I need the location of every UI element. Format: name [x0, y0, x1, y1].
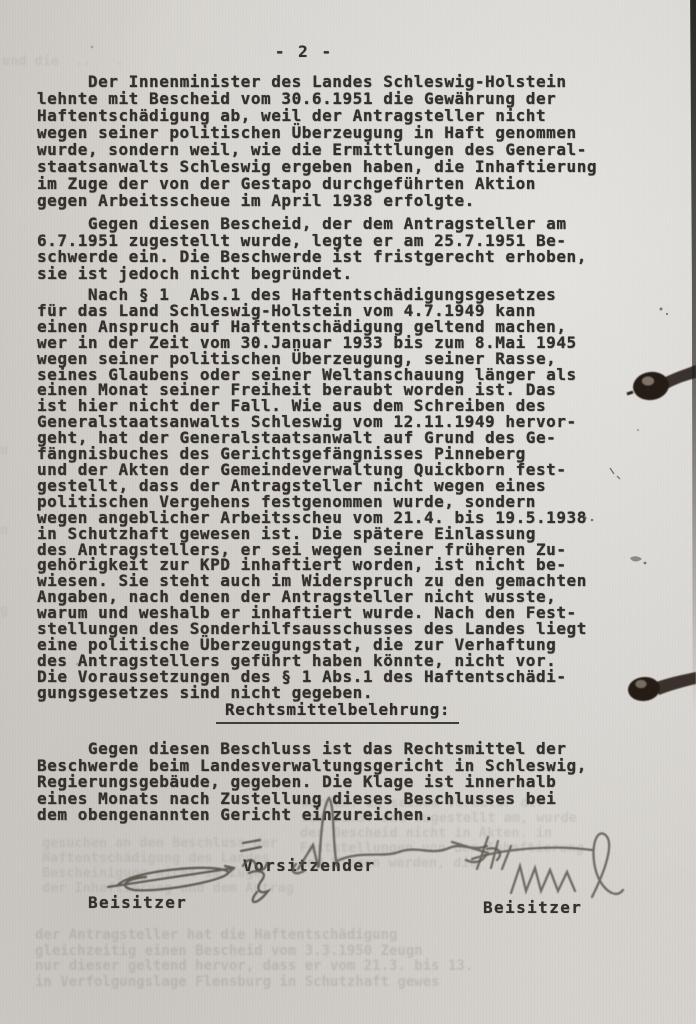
bleedthrough-left-margin: u n g — [0, 410, 34, 650]
signature-chairman-label: Vorsitzender — [243, 856, 375, 875]
bleedthrough-block-bottom: der Antragsteller hat die Haftentschädig… — [35, 928, 575, 990]
bleedthrough-smudge-top: und die .. . — [2, 54, 182, 69]
paragraph-appeal-instructions: Gegen diesen Beschluss ist das Rechtsmit… — [37, 741, 637, 824]
scan-edge — [687, 0, 696, 712]
page-number: - 2 - — [244, 42, 364, 61]
signature-assessor-right-mark — [472, 833, 623, 897]
signature-assessor-right-label: Beisitzer — [483, 898, 582, 917]
signature-assessor-left-label: Beisitzer — [88, 893, 187, 912]
paragraph-appeal-filed: Gegen diesen Bescheid, der dem Antragste… — [37, 216, 637, 282]
paragraph-legal-reasoning: Nach § 1 Abs.1 des Haftentschädigungsges… — [37, 287, 637, 701]
binding-fastener-top — [627, 365, 696, 402]
scanned-page: und die .. . u n g wurden. in seinem Vor… — [0, 0, 696, 1024]
paragraph-rejection-decision: Der Innenminister des Landes Schleswig-H… — [37, 73, 637, 209]
binding-fastener-bottom — [627, 672, 696, 703]
section-heading-rechtsmittelbelehrung: Rechtsmittelbelehrung: — [216, 700, 459, 724]
